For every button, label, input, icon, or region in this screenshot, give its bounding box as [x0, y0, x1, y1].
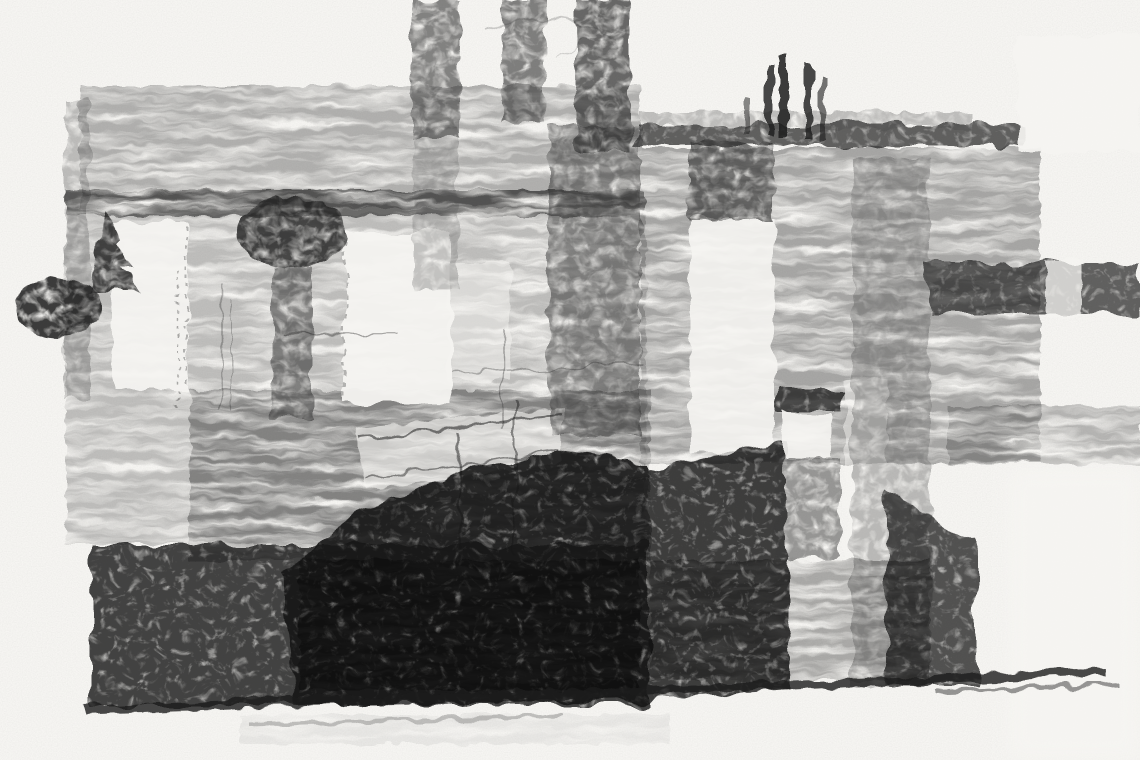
right-lower-band: [948, 406, 1140, 464]
drawing-canvas: [0, 0, 1140, 760]
bush-drip-column: [272, 268, 312, 418]
left-edge-blob: [14, 278, 102, 338]
small-window-header: [776, 390, 842, 412]
window-opening-left: [112, 222, 188, 390]
mass-striation-left: [300, 560, 640, 690]
dark-patch-above-right-window: [688, 142, 774, 220]
small-window-opening: [783, 412, 831, 458]
mass-striation-right: [650, 560, 930, 680]
finial-spike: [806, 64, 813, 140]
chimney-stack-left: [412, 0, 460, 138]
ground-smudge: [240, 714, 670, 744]
window-opening-right: [690, 218, 774, 453]
finial-spike: [744, 96, 750, 134]
charcoal-building-drawing: [0, 0, 1140, 760]
right-dark-band: [928, 262, 1140, 314]
gap-in-right-band: [1046, 260, 1082, 318]
sky-above-roofline: [1018, 36, 1140, 152]
dark-bush-mass: [236, 197, 348, 269]
central-brick-pier: [548, 126, 640, 436]
roofline-fringe: [640, 112, 970, 128]
finial-spike: [779, 56, 787, 136]
bright-lower-right-corner: [1008, 468, 1140, 760]
small-window-sill-shadow: [776, 458, 840, 558]
finial-spike: [766, 64, 773, 136]
finial-spike: [820, 74, 826, 140]
chimney-stack-left-fade: [414, 128, 458, 290]
chimney-stack-middle: [502, 0, 546, 122]
